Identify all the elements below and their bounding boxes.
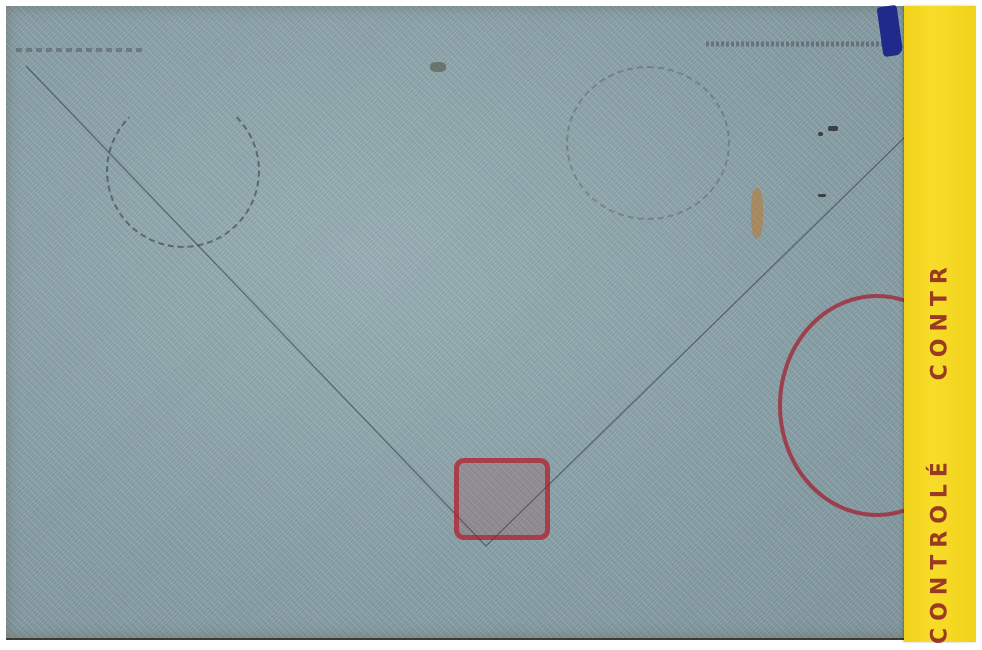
postmark-fragment <box>828 126 838 131</box>
black-postmark-right <box>566 66 730 220</box>
postmark-fragment <box>818 132 823 136</box>
envelope-back <box>6 6 914 640</box>
dirt-spot <box>430 62 446 72</box>
envelope-flap-lines <box>6 6 914 638</box>
black-postmark-left <box>106 94 260 248</box>
censor-tape: CONTROLÉ CONTR <box>904 6 976 642</box>
postmark-fragment <box>818 194 826 197</box>
red-square-handstamp <box>454 458 550 540</box>
rust-stain <box>751 188 763 238</box>
censor-tape-text: CONTROLÉ CONTR <box>928 4 953 644</box>
